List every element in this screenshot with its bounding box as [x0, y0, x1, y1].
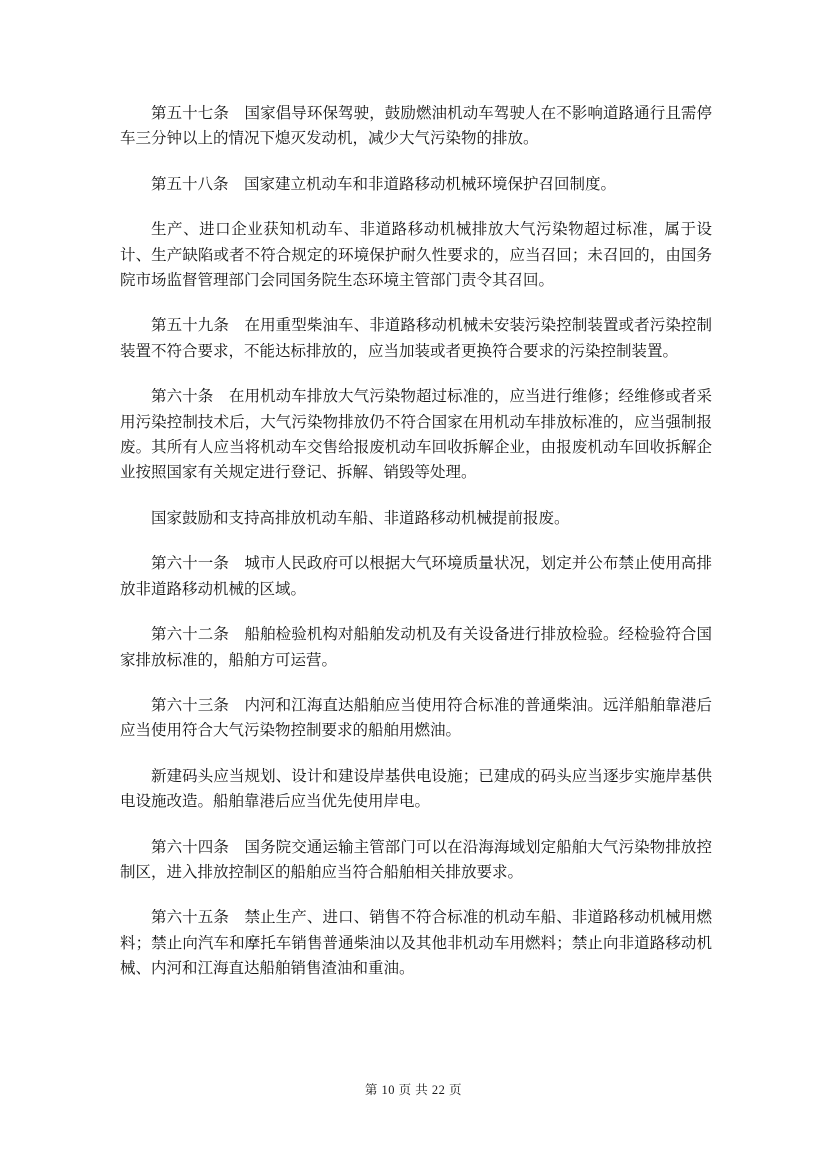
paragraph: 第五十七条 国家倡导环保驾驶，鼓励燃油机动车驾驶人在不影响道路通行且需停车三分钟…	[120, 101, 712, 152]
document-body: 第五十七条 国家倡导环保驾驶，鼓励燃油机动车驾驶人在不影响道路通行且需停车三分钟…	[120, 101, 712, 1002]
paragraph: 第六十条 在用机动车排放大气污染物超过标准的，应当进行维修；经维修或者采用污染控…	[120, 384, 712, 486]
document-page: 第五十七条 国家倡导环保驾驶，鼓励燃油机动车驾驶人在不影响道路通行且需停车三分钟…	[0, 0, 827, 1170]
paragraph: 第六十一条 城市人民政府可以根据大气环境质量状况，划定并公布禁止使用高排放非道路…	[120, 551, 712, 602]
paragraph: 新建码头应当规划、设计和建设岸基供电设施；已建成的码头应当逐步实施岸基供电设施改…	[120, 764, 712, 815]
paragraph: 第六十五条 禁止生产、进口、销售不符合标准的机动车船、非道路移动机械用燃料；禁止…	[120, 905, 712, 981]
paragraph: 生产、进口企业获知机动车、非道路移动机械排放大气污染物超过标准，属于设计、生产缺…	[120, 217, 712, 293]
paragraph: 第五十九条 在用重型柴油车、非道路移动机械未安装污染控制装置或者污染控制装置不符…	[120, 313, 712, 364]
paragraph: 第六十二条 船舶检验机构对船舶发动机及有关设备进行排放检验。经检验符合国家排放标…	[120, 622, 712, 673]
page-footer: 第 10 页 共 22 页	[0, 1082, 827, 1098]
paragraph: 国家鼓励和支持高排放机动车船、非道路移动机械提前报废。	[120, 506, 712, 531]
paragraph: 第五十八条 国家建立机动车和非道路移动机械环境保护召回制度。	[120, 172, 712, 197]
page-number-text: 第 10 页 共 22 页	[365, 1083, 462, 1097]
paragraph: 第六十四条 国务院交通运输主管部门可以在沿海海域划定船舶大气污染物排放控制区，进…	[120, 835, 712, 886]
paragraph: 第六十三条 内河和江海直达船舶应当使用符合标准的普通柴油。远洋船舶靠港后应当使用…	[120, 693, 712, 744]
